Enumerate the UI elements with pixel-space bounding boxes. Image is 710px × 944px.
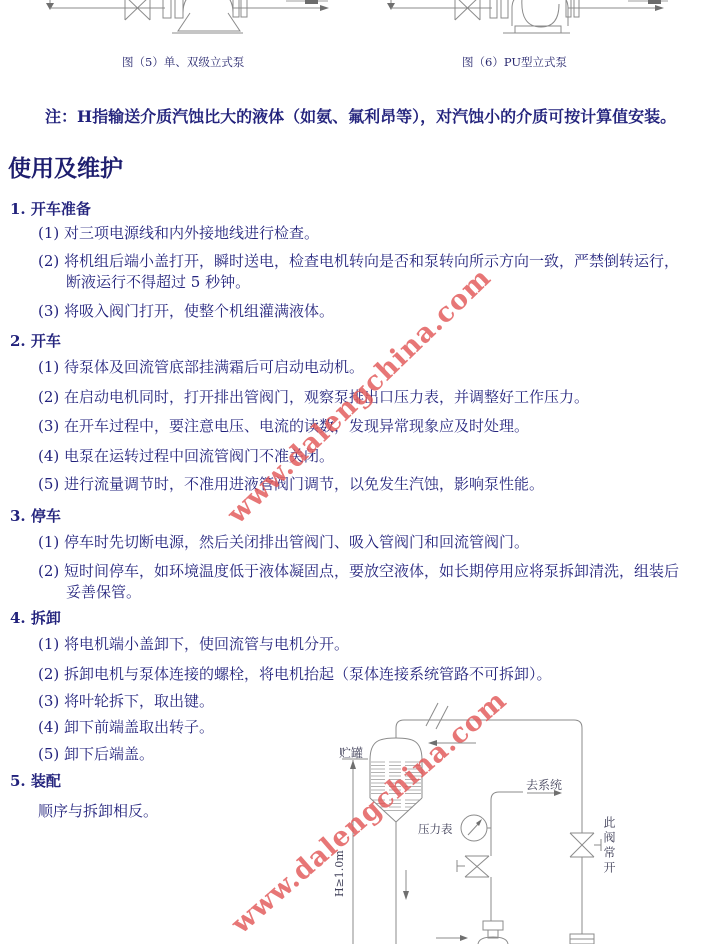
figure6-caption: 图（6）PU型立式泵 — [462, 54, 567, 70]
pressure-gauge-label: 压力表 — [418, 821, 453, 837]
section-title: 1. 开车准备 — [10, 198, 91, 219]
list-item: (3) 在开车过程中，要注意电压、电流的读数，发现异常现象应及时处理。 — [38, 415, 529, 436]
list-item: (5) 进行流量调节时，不准用进液管阀门调节，以免发生汽蚀，影响泵性能。 — [38, 473, 544, 494]
list-item: (4) 电泵在运转过程中回流管阀门不准关闭。 — [38, 445, 334, 466]
list-item: (1) 将电机端小盖卸下，使回流管与电机分开。 — [38, 633, 349, 654]
list-item: (2) 将机组后端小盖打开，瞬时送电，检查电机转向是否和泵转向所示方向一致，严禁… — [38, 250, 679, 271]
section-title: 2. 开车 — [10, 330, 61, 351]
height-dimension-label: H≥1.0m — [333, 850, 346, 897]
installation-piping-diagram — [330, 690, 710, 944]
figure5-and-figure6-drawing — [0, 0, 710, 46]
valve-always-open-label: 此阀常开 — [601, 816, 618, 876]
page-title: 使用及维护 — [8, 150, 123, 183]
list-item: (3) 将叶轮拆下，取出键。 — [38, 690, 214, 711]
to-system-label: 去系统 — [526, 776, 562, 793]
figure5-caption: 图（5）单、双级立式泵 — [122, 54, 244, 70]
section-title: 4. 拆卸 — [10, 607, 61, 628]
document-page: 图（5）单、双级立式泵 图（6）PU型立式泵 注：H指输送介质汽蚀比大的液体（如… — [0, 0, 710, 944]
note-text: 注：H指输送介质汽蚀比大的液体（如氨、氟利昂等），对汽蚀小的介质可按计算值安装。 — [45, 104, 676, 127]
list-item-continuation: 妥善保管。 — [66, 581, 141, 602]
list-item: (5) 卸下后端盖。 — [38, 743, 154, 764]
tank-label: 贮罐 — [339, 744, 363, 761]
list-item: (1) 待泵体及回流管底部挂满霜后可启动电动机。 — [38, 356, 364, 377]
list-item: (1) 停车时先切断电源，然后关闭排出管阀门、吸入管阀门和回流管阀门。 — [38, 531, 529, 552]
list-item: (4) 卸下前端盖取出转子。 — [38, 716, 214, 737]
list-item-continuation: 断液运行不得超过 5 秒钟。 — [66, 271, 250, 292]
list-item: (2) 拆卸电机与泵体连接的螺栓，将电机抬起（泵体连接系统管路不可拆卸）。 — [38, 663, 552, 684]
list-item: (2) 在启动电机同时，打开排出管阀门，观察泵排出口压力表，并调整好工作压力。 — [38, 386, 589, 407]
list-item: (1) 对三项电源线和内外接地线进行检查。 — [38, 222, 319, 243]
section-title: 5. 装配 — [10, 770, 61, 791]
list-item: (2) 短时间停车，如环境温度低于液体凝固点，要放空液体，如长期停用应将泵拆卸清… — [38, 560, 679, 581]
list-item: (3) 将吸入阀门打开，使整个机组灌满液体。 — [38, 300, 334, 321]
list-item: 顺序与拆卸相反。 — [38, 800, 158, 821]
section-title: 3. 停车 — [10, 505, 61, 526]
